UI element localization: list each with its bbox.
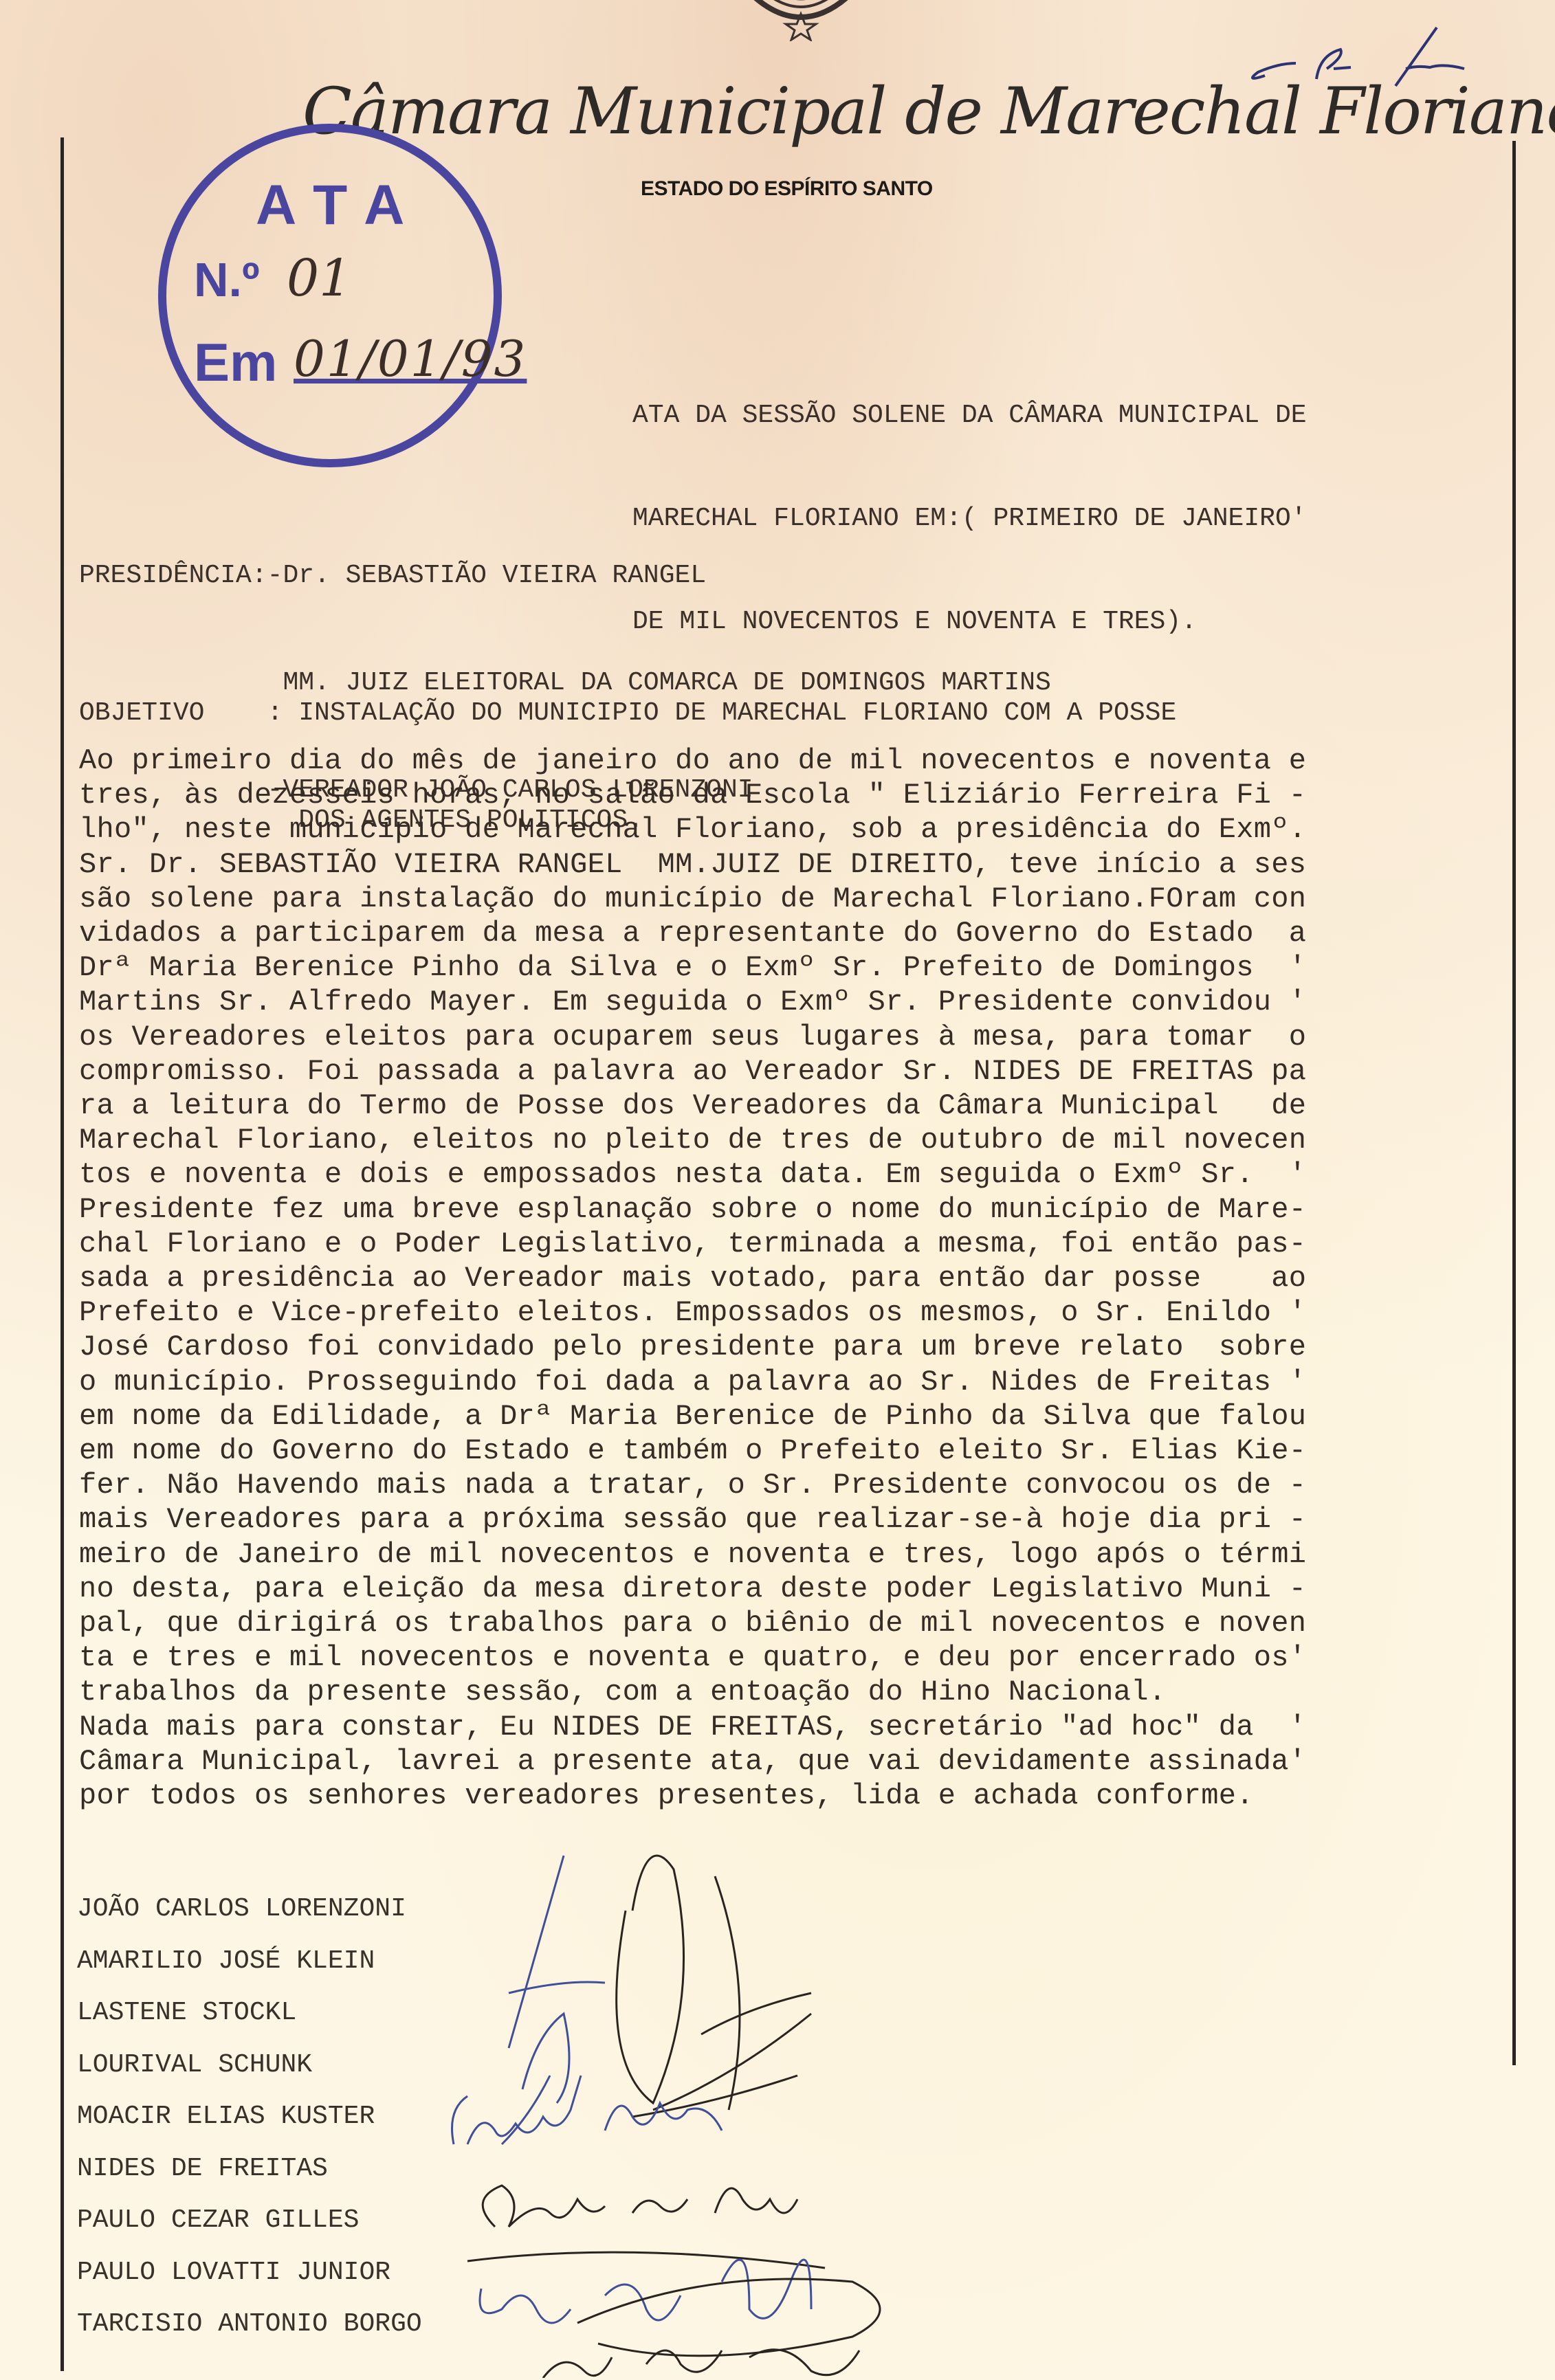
body-line: os Vereadores eleitos para ocuparem seus… <box>79 1020 1306 1054</box>
body-line: Presidente fez uma breve esplanação sobr… <box>79 1192 1306 1227</box>
stamp-number-value: 01 <box>287 249 351 308</box>
stamp-number-label: N.º <box>194 252 260 307</box>
body-line: em nome da Edilidade, a Drª Maria Bereni… <box>79 1399 1306 1434</box>
body-line: Câmara Municipal, lavrei a presente ata,… <box>79 1744 1306 1779</box>
body-line: sada a presidência ao Vereador mais vota… <box>79 1261 1306 1295</box>
signatory-name: JOÃO CARLOS LORENZONI <box>77 1883 422 1935</box>
stamp-date-label: Em <box>194 331 277 394</box>
body-line: tos e noventa e dois e empossados nesta … <box>79 1157 1306 1192</box>
municipal-crest-icon <box>708 0 894 41</box>
body-line: trabalhos da presente sessão, com a ento… <box>79 1675 1306 1709</box>
body-line: tres, às dezesseis horas, no salão da Es… <box>79 778 1306 812</box>
body-line: ta e tres e mil novecentos e noventa e q… <box>79 1641 1306 1675</box>
body-line: ra a leitura do Termo de Posse dos Verea… <box>79 1089 1306 1123</box>
body-line: Ao primeiro dia do mês de janeiro do ano… <box>79 744 1306 778</box>
heading-line: ATA DA SESSÃO SOLENE DA CÂMARA MUNICIPAL… <box>632 399 1307 433</box>
signatory-name: AMARILIO JOSÉ KLEIN <box>77 1935 422 1988</box>
ata-stamp: ATA N.º 01 Em 01/01/93 <box>158 124 502 467</box>
objetivo-line: OBJETIVO : INSTALAÇÃO DO MUNICIPIO DE MA… <box>79 696 1176 731</box>
body-line: fer. Não Havendo mais nada a tratar, o S… <box>79 1468 1306 1502</box>
letterhead-title: Câmara Municipal de Marechal Floriano <box>302 74 1334 149</box>
signatory-name: NIDES DE FREITAS <box>77 2143 422 2195</box>
right-margin-rule <box>1512 141 1516 2065</box>
body-line: Nada mais para constar, Eu NIDES DE FREI… <box>79 1710 1306 1744</box>
signatory-name: PAULO LOVATTI JUNIOR <box>77 2247 422 2299</box>
body-line: Marechal Floriano, eleitos no pleito de … <box>79 1123 1306 1157</box>
body-line: meiro de Janeiro de mil novecentos e nov… <box>79 1537 1306 1572</box>
minutes-body: Ao primeiro dia do mês de janeiro do ano… <box>79 744 1306 1813</box>
body-line: Martins Sr. Alfredo Mayer. Em seguida o … <box>79 985 1306 1019</box>
stamp-title: ATA <box>256 173 425 238</box>
body-line: chal Floriano e o Poder Legislativo, ter… <box>79 1227 1306 1261</box>
body-line: Sr. Dr. SEBASTIÃO VIEIRA RANGEL MM.JUIZ … <box>79 847 1306 882</box>
signatory-name: MOACIR ELIAS KUSTER <box>77 2091 422 2143</box>
signatory-name: LOURIVAL SCHUNK <box>77 2039 422 2091</box>
body-line: em nome do Governo do Estado e também o … <box>79 1434 1306 1468</box>
signatory-name: PAULO CEZAR GILLES <box>77 2194 422 2247</box>
body-line: o município. Prosseguindo foi dada a pal… <box>79 1365 1306 1399</box>
signatory-name: TARCISIO ANTONIO BORGO <box>77 2298 422 2350</box>
body-line: compromisso. Foi passada a palavra ao Ve… <box>79 1054 1306 1089</box>
signatories-list: JOÃO CARLOS LORENZONIAMARILIO JOSÉ KLEIN… <box>77 1883 422 2350</box>
body-line: vidados a participarem da mesa a represe… <box>79 916 1306 950</box>
stamp-date-value: 01/01/93 <box>294 330 527 388</box>
body-line: são solene para instalação do município … <box>79 882 1306 916</box>
body-line: pal, que dirigirá os trabalhos para o bi… <box>79 1606 1306 1641</box>
body-line: José Cardoso foi convidado pelo presiden… <box>79 1330 1306 1364</box>
body-line: mais Vereadores para a próxima sessão qu… <box>79 1502 1306 1537</box>
body-line: Prefeito e Vice-prefeito eleitos. Emposs… <box>79 1295 1306 1330</box>
body-line: lho", neste município de Marechal Floria… <box>79 812 1306 847</box>
presidencia-line: PRESIDÊNCIA:-Dr. SEBASTIÃO VIEIRA RANGEL <box>79 558 1051 594</box>
body-line: Drª Maria Berenice Pinho da Silva e o Ex… <box>79 950 1306 985</box>
body-line: no desta, para eleição da mesa diretora … <box>79 1572 1306 1606</box>
signatory-name: LASTENE STOCKL <box>77 1987 422 2039</box>
letterhead-subtitle: ESTADO DO ESPÍRITO SANTO <box>641 177 933 201</box>
left-margin-rule <box>60 137 64 2371</box>
handwritten-signatures <box>426 1787 1114 2378</box>
